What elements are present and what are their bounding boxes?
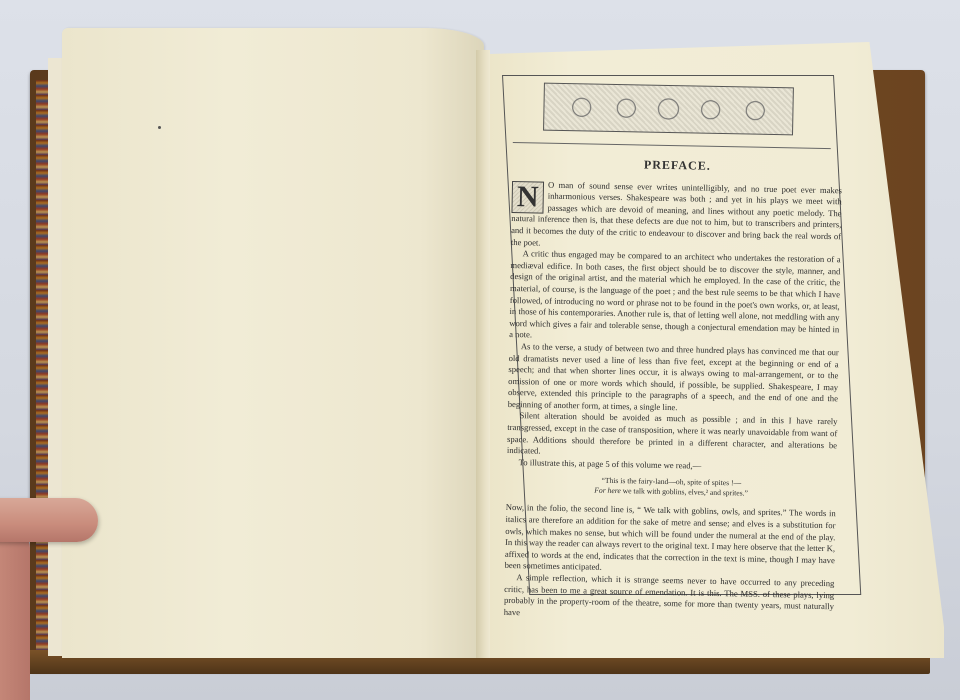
- paragraph-4: Silent alteration should be avoided as m…: [507, 410, 838, 463]
- verse-quote: “This is the fairy-land—oh, spite of spi…: [506, 474, 836, 500]
- hand-thumb: [0, 498, 98, 542]
- paragraph-7: A simple reflection, which it is strange…: [504, 572, 835, 625]
- paragraph-3: As to the verse, a study of between two …: [508, 341, 839, 417]
- book-gutter: [476, 50, 490, 658]
- left-page-blank[interactable]: [62, 28, 484, 658]
- header-rule: [513, 142, 831, 149]
- paragraph-2: A critic thus engaged may be compared to…: [509, 248, 841, 347]
- decorative-headpiece-icon: [543, 83, 794, 136]
- hand-palm: [0, 530, 30, 700]
- preface-text-block: PREFACE. N O man of sound sense ever wri…: [504, 80, 844, 625]
- paper-speck: [158, 126, 161, 129]
- paragraph-1: N O man of sound sense ever writes unint…: [511, 179, 842, 255]
- paragraph-6: Now, in the folio, the second line is, “…: [505, 502, 836, 578]
- drop-cap: N: [511, 181, 544, 214]
- page-title: PREFACE.: [512, 157, 842, 175]
